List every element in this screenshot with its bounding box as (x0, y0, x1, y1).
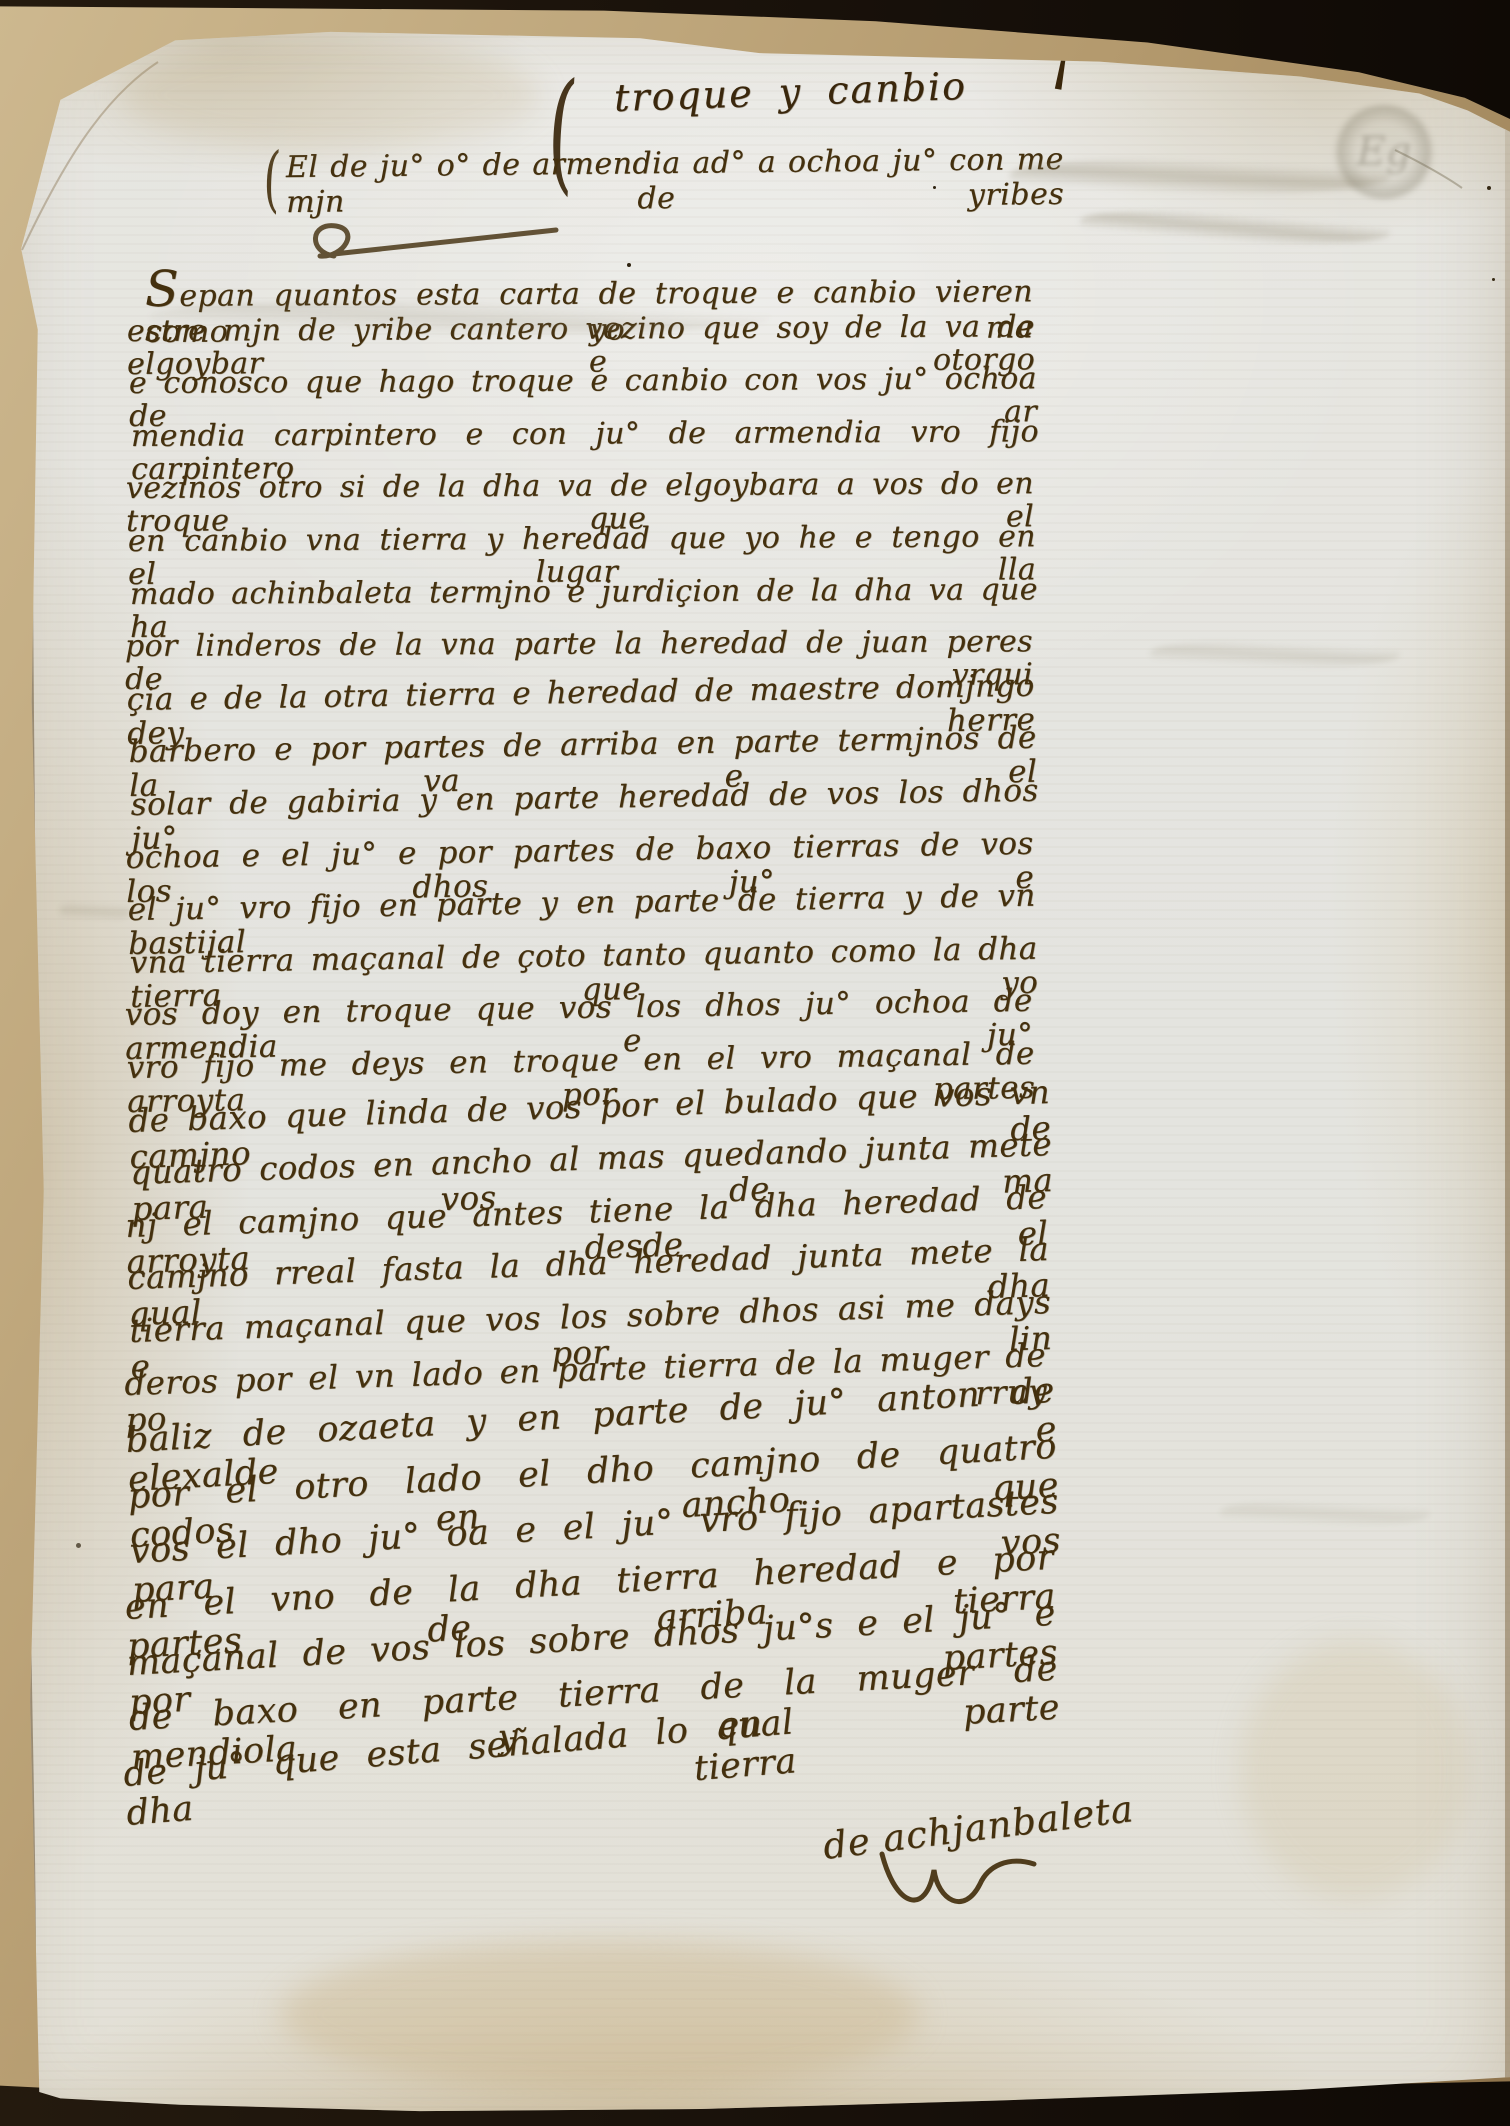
paraph-rubric-icon (866, 1842, 1056, 1926)
paper-stain (280, 1940, 920, 2090)
paper-stain (1240, 1640, 1470, 1900)
ink-speck (933, 186, 936, 189)
paper-stain (120, 40, 540, 150)
ink-speck (627, 263, 631, 267)
ghost-stamp-icon: Eg (1332, 104, 1436, 200)
bleedthrough-mark (60, 900, 130, 922)
page-right-seam (1505, 130, 1510, 2090)
docket-flourish-icon: ( (262, 141, 282, 215)
bleedthrough-mark (1080, 207, 1391, 248)
ink-speck (76, 1543, 81, 1548)
bleedthrough-mark (1150, 640, 1400, 668)
bleedthrough-mark (1220, 1500, 1430, 1526)
manuscript-page: † ( troque y canbio ( El de ju° o° de ar… (0, 0, 1510, 2126)
page-heading: troque y canbio (613, 64, 967, 120)
ink-speck (1492, 278, 1495, 281)
manuscript-scan: † ( troque y canbio ( El de ju° o° de ar… (0, 0, 1510, 2126)
ink-speck (1487, 186, 1491, 190)
